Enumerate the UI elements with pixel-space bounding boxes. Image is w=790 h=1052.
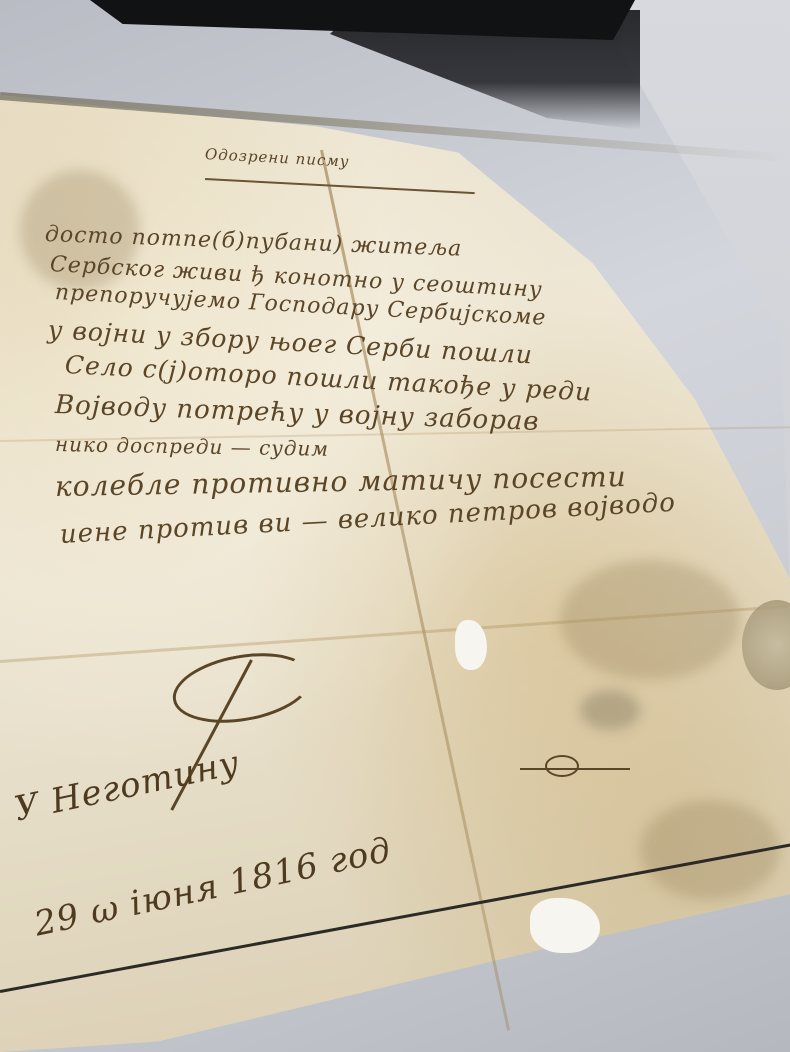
water-stain	[580, 690, 640, 730]
paper-tear	[455, 620, 487, 670]
ink-mark	[520, 768, 630, 770]
body-line: нико доспреди — судим	[55, 432, 329, 461]
ink-mark	[545, 755, 579, 777]
